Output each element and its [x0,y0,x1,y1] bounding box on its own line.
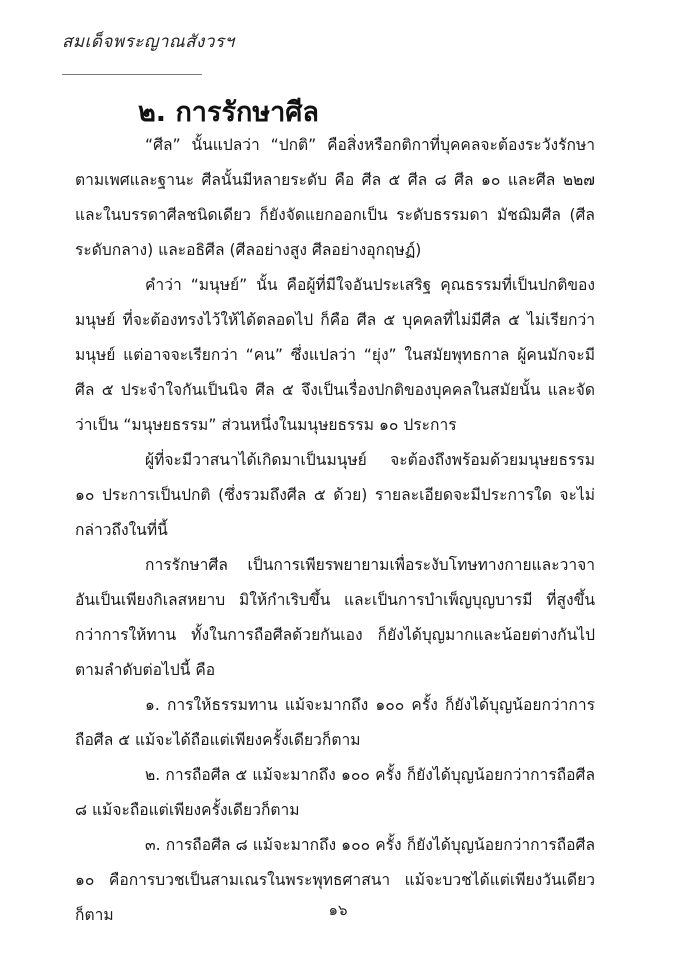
paragraph-definition-of-sila: “ศีล” นั้นแปลว่า “ปกติ” คือสิ่งหรือกติกา… [75,128,595,268]
section-title: ๒. การรักษาศีล [138,90,319,133]
paragraph-definition-of-human: คำว่า “มนุษย์” นั้น คือผู้ที่มีใจอันประเ… [75,268,595,443]
paragraph-keeping-precepts: การรักษาศีล เป็นการเพียรพยายามเพื่อระงับ… [75,548,595,688]
page-number: ๑๖ [0,898,676,922]
list-item-1: ๑. การให้ธรรมทาน แม้จะมากถึง ๑๐๐ ครั้ง ก… [75,688,595,758]
list-item-2: ๒. การถือศีล ๕ แม้จะมากถึง ๑๐๐ ครั้ง ก็ย… [75,758,595,828]
header-divider [62,74,202,75]
paragraph-human-virtues: ผู้ที่จะมีวาสนาได้เกิดมาเป็นมนุษย์ จะต้อ… [75,443,595,548]
body-text: “ศีล” นั้นแปลว่า “ปกติ” คือสิ่งหรือกติกา… [75,128,595,933]
running-header-title: สมเด็จพระญาณสังวรฯ [62,28,235,55]
